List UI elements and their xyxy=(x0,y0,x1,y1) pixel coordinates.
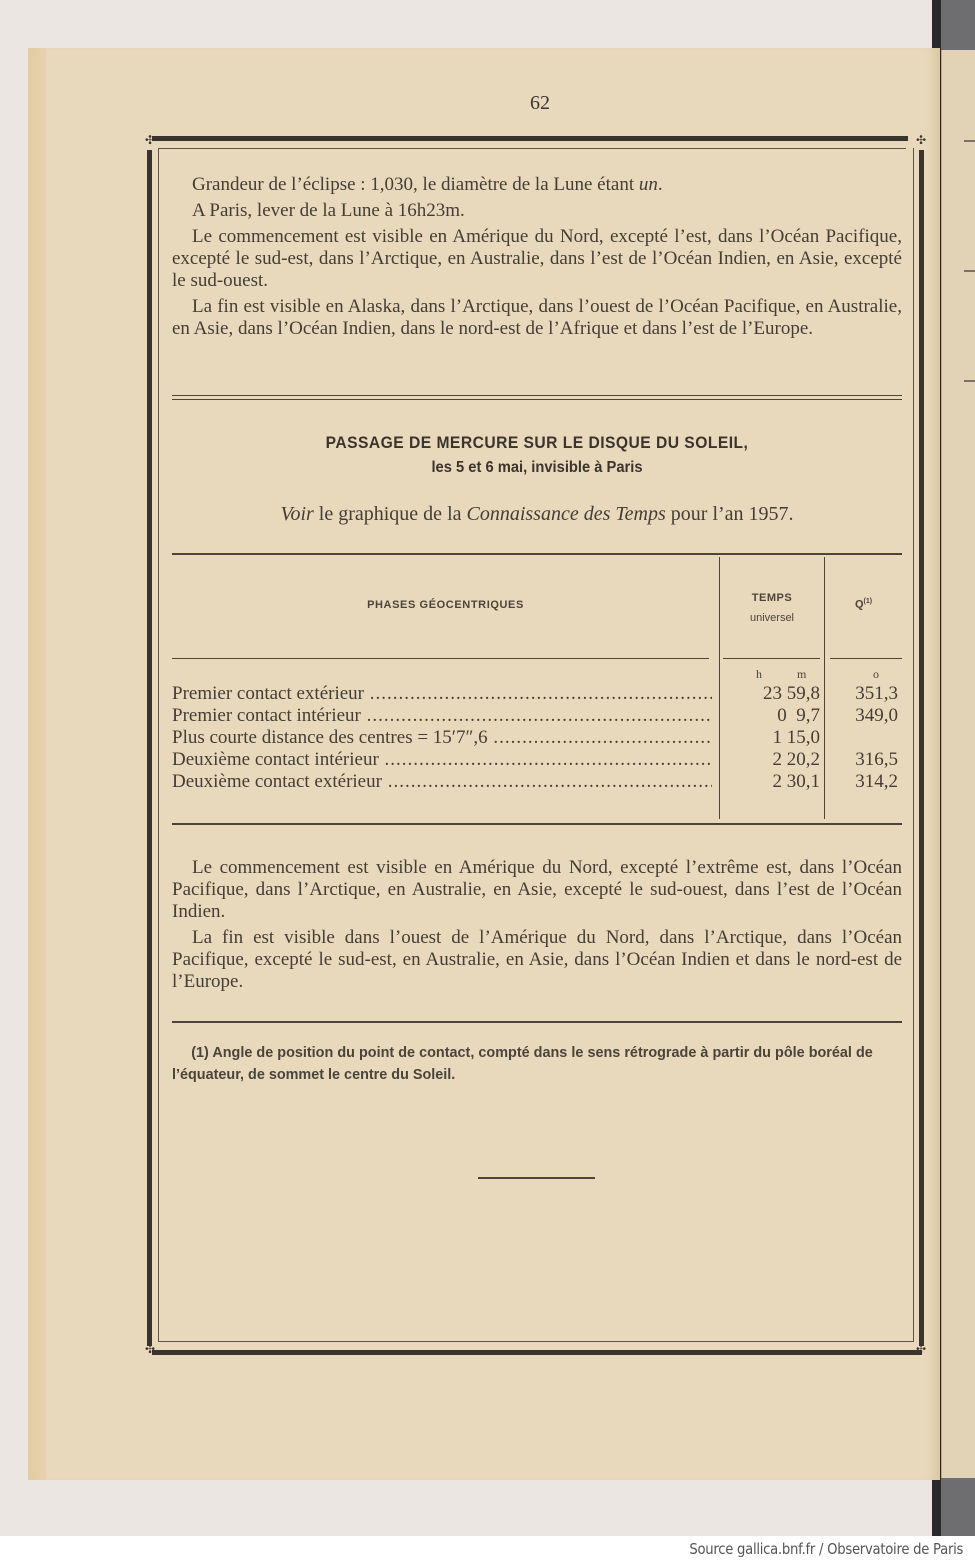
frame-top-thin xyxy=(158,148,906,149)
source-credit: Source gallica.bnf.fr / Observatoire de … xyxy=(689,1540,963,1558)
transit-beginning-visibility: Le commencement est visible en Amérique … xyxy=(172,857,902,923)
table-row: Deuxième contact extérieur 2 30,1 314,2 xyxy=(172,771,902,793)
corner-ornament-icon: ✣ xyxy=(144,134,156,146)
table-top-rule xyxy=(172,553,902,555)
header-rule xyxy=(830,658,902,659)
eclipse-section: Grandeur de l’éclipse : 1,030, le diamèt… xyxy=(172,174,902,344)
header-q: Q(1) xyxy=(825,598,902,611)
adjacent-page-edge xyxy=(941,40,975,1480)
corner-ornament-icon: ✣ xyxy=(915,1343,927,1355)
table-bottom-rule xyxy=(172,823,902,825)
frame-bottom-thick xyxy=(152,1350,922,1355)
corner-ornament-icon: ✣ xyxy=(144,1343,156,1355)
unit-hours: h xyxy=(756,667,762,682)
table-row: Deuxième contact intérieur 2 20,2 316,5 xyxy=(172,749,902,771)
table-row: Premier contact intérieur 0 9,7 349,0 xyxy=(172,705,902,727)
page-edge-shading xyxy=(28,48,46,1480)
footnote: (1) Angle de position du point de contac… xyxy=(172,1042,873,1086)
eclipse-end-visibility: La fin est visible en Alaska, dans l’Arc… xyxy=(172,296,902,340)
header-rule xyxy=(172,658,709,659)
footnote-rule xyxy=(172,1021,902,1023)
end-rule xyxy=(478,1177,595,1179)
table-row: Plus courte distance des centres = 15′7″… xyxy=(172,727,902,749)
table-row: Premier contact extérieur 23 59,8 351,3 xyxy=(172,683,902,705)
unit-minutes: m xyxy=(797,667,806,682)
frame-right-thick xyxy=(919,150,924,1346)
reference-note: Voir le graphique de la Connaissance des… xyxy=(172,503,902,526)
header-phases: PHASES GÉOCENTRIQUES xyxy=(172,599,719,611)
corner-ornament-icon: ✣ xyxy=(915,134,927,146)
page-number: 62 xyxy=(0,92,975,115)
frame-left-thick xyxy=(147,150,152,1346)
table-body: Premier contact extérieur 23 59,8 351,3 … xyxy=(172,683,902,793)
unit-degrees: o xyxy=(873,667,879,682)
frame-bottom-thin xyxy=(158,1341,914,1342)
section-divider xyxy=(172,399,902,400)
mercury-transit-title: PASSAGE DE MERCURE SUR LE DISQUE DU SOLE… xyxy=(201,433,873,453)
header-temps-universel: TEMPS universel xyxy=(720,588,824,628)
mercury-transit-subtitle: les 5 et 6 mai, invisible à Paris xyxy=(201,459,873,477)
header-rule xyxy=(723,658,820,659)
frame-top-thick xyxy=(152,136,908,141)
transit-visibility: Le commencement est visible en Amérique … xyxy=(172,857,902,997)
section-divider xyxy=(172,395,902,396)
scanner-edge-bottom xyxy=(941,1478,975,1536)
scanner-edge-top xyxy=(941,0,975,50)
moonrise-paris: A Paris, lever de la Lune à 16h23m. xyxy=(172,200,902,222)
transit-end-visibility: La fin est visible dans l’ouest de l’Amé… xyxy=(172,927,902,993)
frame-left-thin xyxy=(158,148,159,1342)
eclipse-magnitude: Grandeur de l’éclipse : 1,030, le diamèt… xyxy=(172,174,902,196)
eclipse-beginning-visibility: Le commencement est visible en Amérique … xyxy=(172,226,902,292)
frame-right-thin xyxy=(913,148,914,1342)
